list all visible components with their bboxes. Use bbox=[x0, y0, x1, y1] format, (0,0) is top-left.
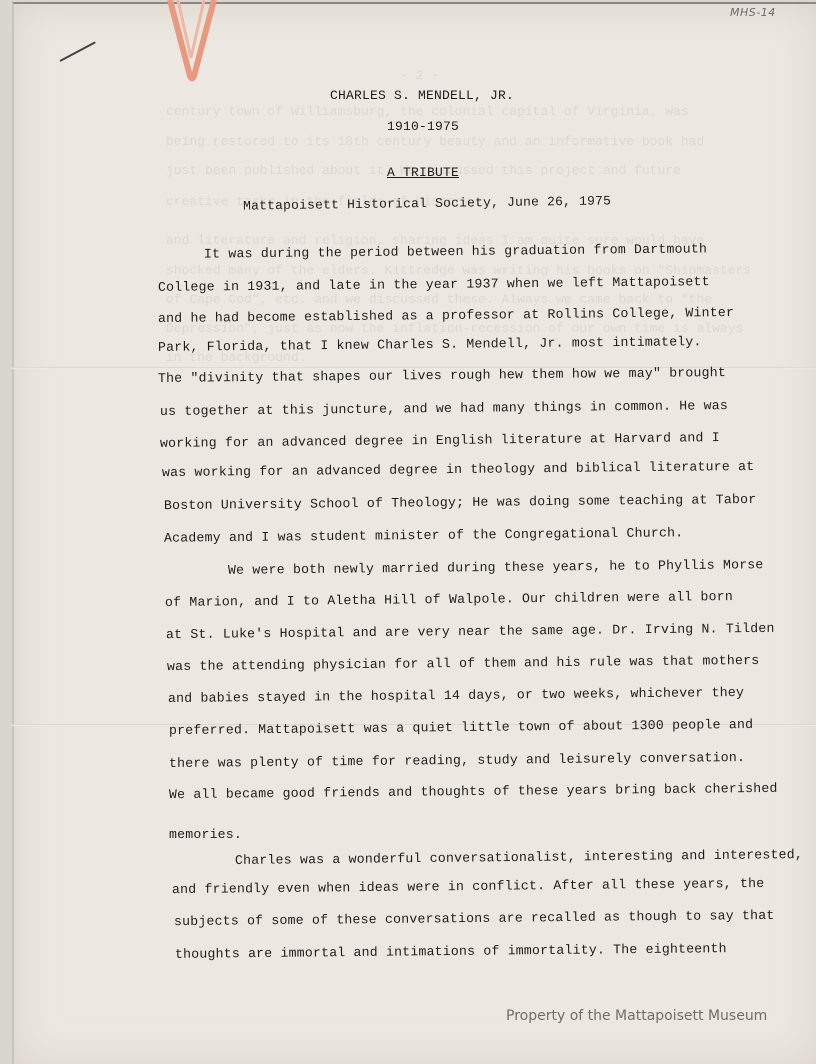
tribute-subtitle: A TRIBUTE bbox=[387, 165, 459, 180]
paperclip-icon bbox=[166, 0, 218, 82]
life-years: 1910-1975 bbox=[387, 119, 459, 134]
bleed-through-text: being restored to its 18th century beaut… bbox=[166, 134, 704, 149]
catalog-number: MHS-14 bbox=[730, 6, 776, 19]
bleed-through-text: - 2 - bbox=[400, 68, 439, 83]
document-title: CHARLES S. MENDELL, JR. bbox=[330, 88, 514, 103]
bleed-through-text: of Cape Cod", etc. and we discussed thes… bbox=[166, 292, 712, 307]
body-line: memories. bbox=[169, 827, 242, 842]
museum-watermark: Property of the Mattapoisett Museum bbox=[506, 1008, 767, 1024]
bleed-through-text: century town of Williamsburg, the coloni… bbox=[166, 104, 689, 119]
